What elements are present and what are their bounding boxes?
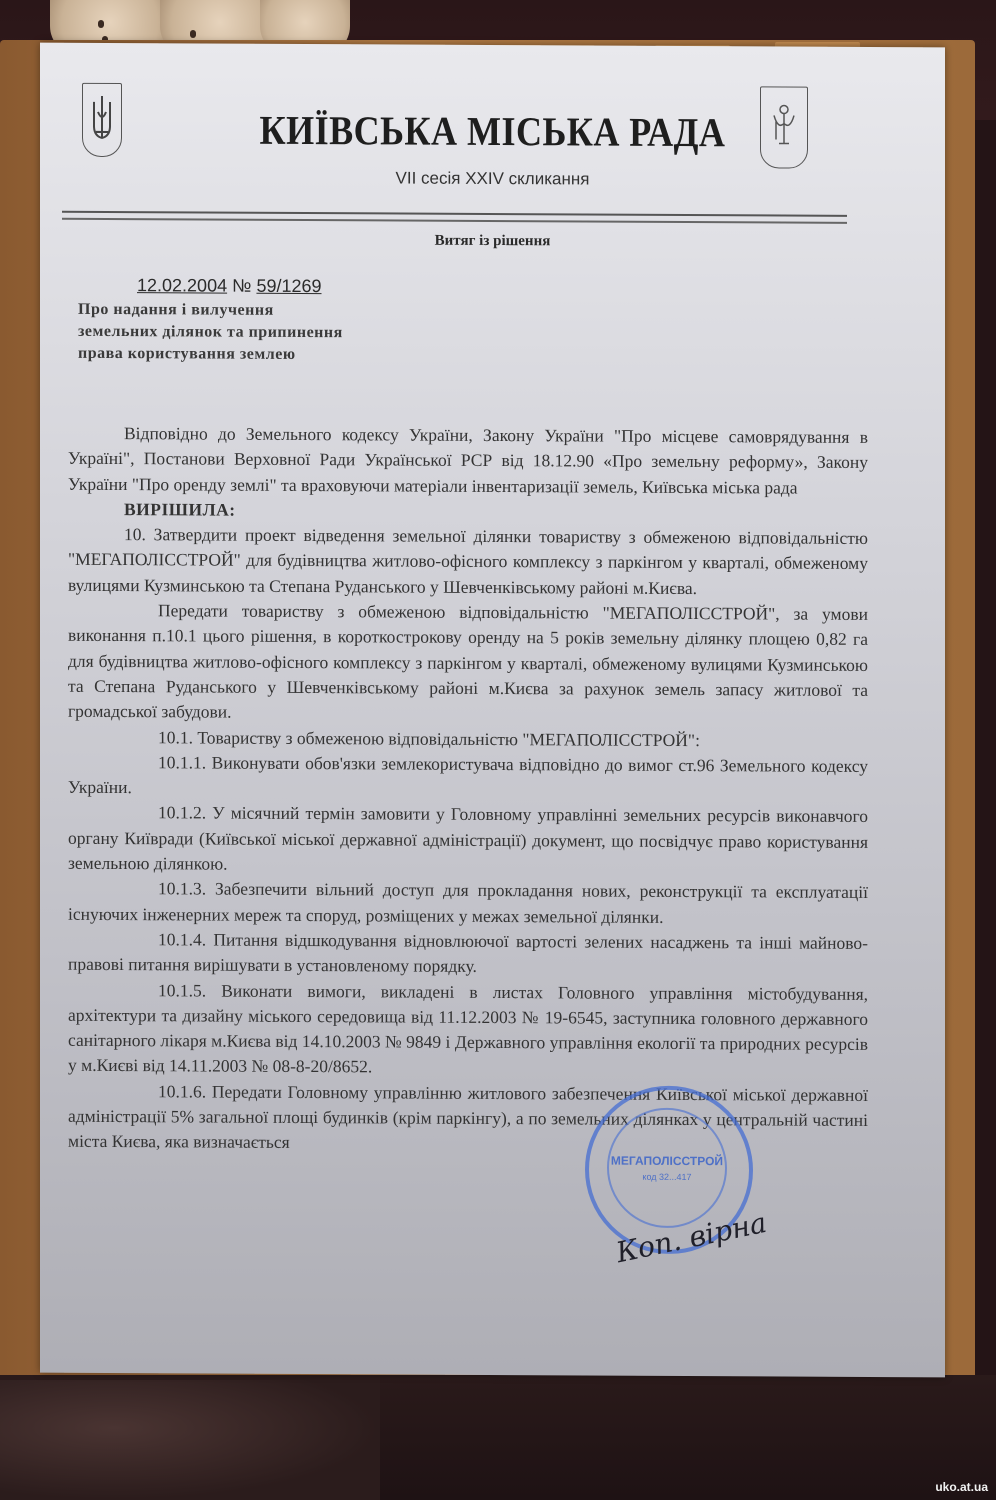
- decision-number: 12.02.2004 № 59/1269: [137, 275, 322, 297]
- document-page: КИЇВСЬКА МІСЬКА РАДА VII сесія XXIV скли…: [40, 43, 945, 1378]
- session-subtitle: VII сесія XXIV скликання: [40, 167, 945, 192]
- extract-title: Витяг із рішення: [40, 231, 945, 253]
- hand-holding-paper: [0, 1380, 380, 1500]
- header-divider: [62, 211, 847, 224]
- site-watermark: uko.at.ua: [935, 1480, 988, 1494]
- decision-number-value: 59/1269: [256, 276, 321, 296]
- kyiv-archangel-emblem-icon: [760, 86, 808, 168]
- paragraph-10-1-4: 10.1.4. Питання відшкодування відновлююч…: [68, 927, 868, 982]
- decision-body: Відповідно до Земельного кодексу України…: [68, 421, 868, 1159]
- decision-subject: Про надання і вилучення земельних діляно…: [78, 299, 458, 367]
- paragraph-10-1-2: 10.1.2. У місячний термін замовити у Гол…: [68, 800, 868, 880]
- paragraph-transfer: Передати товариству з обмеженою відповід…: [68, 598, 868, 729]
- stamp-company-name: МЕГАПОЛІССТРОЙ: [611, 1154, 723, 1169]
- stamp-code: код 32...417: [642, 1172, 691, 1182]
- paragraph-10-1-1: 10.1.1. Виконувати обов'язки землекорист…: [68, 750, 868, 805]
- paragraph-10: 10. Затвердити проект відведення земельн…: [68, 522, 868, 602]
- subject-line: Про надання і вилучення: [78, 299, 458, 323]
- subject-line: права користування землею: [78, 343, 458, 367]
- decision-date: 12.02.2004: [137, 275, 227, 295]
- subject-line: земельних ділянок та припинення: [78, 321, 458, 345]
- number-sign: №: [232, 276, 251, 296]
- preamble: Відповідно до Земельного кодексу України…: [68, 421, 868, 501]
- paragraph-10-1-5: 10.1.5. Виконати вимоги, викладені в лис…: [68, 977, 868, 1082]
- paragraph-10-1-3: 10.1.3. Забезпечити вільний доступ для п…: [68, 876, 868, 931]
